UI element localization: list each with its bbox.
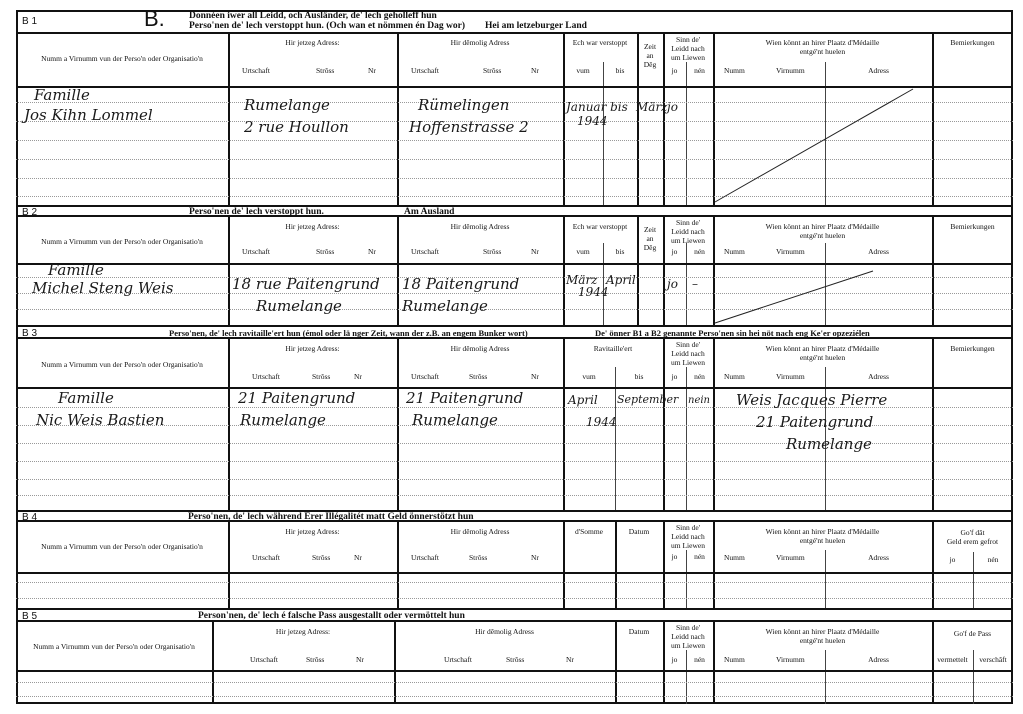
entry-current-address-line1: Rumelange xyxy=(244,96,330,114)
section-title-line1: Donnéen iwer all Leidd, och Ausländer, d… xyxy=(189,11,437,21)
entry-area: Famille Nic Weis Bastien 21 Paitengrund … xyxy=(16,389,1013,510)
nr-label: Nr xyxy=(354,372,362,381)
form-letter: B. xyxy=(144,6,165,32)
verschaft-label: verschâft xyxy=(973,655,1013,664)
nr-label: Nr xyxy=(531,247,539,256)
survived-label: um Liewen xyxy=(663,358,713,367)
somme-label: d'Somme xyxy=(563,527,615,536)
jo-label: jo xyxy=(663,552,686,561)
medal-label: entgé'nt huelen xyxy=(713,47,932,56)
nen-label: nén xyxy=(686,655,713,664)
nr-label: Nr xyxy=(531,553,539,562)
section-title-bar: B 2 Perso'nen de' lech verstoppt hun. Am… xyxy=(16,205,1013,217)
entry-former-address-line1: Rümelingen xyxy=(418,96,509,114)
current-address-label: Hir jetzeg Adress: xyxy=(212,627,394,636)
numm-label: Numm xyxy=(724,372,745,381)
section-b3: B 3 Perso'nen, de' lech ravitaille'ert h… xyxy=(16,325,1013,510)
adress-label: Adress xyxy=(825,655,932,664)
medal-label: Wien könnt an hirer Plaatz d'Médaille xyxy=(713,222,932,231)
bis-label: bis xyxy=(615,372,663,381)
section-title-right: De' önner B1 a B2 genannte Perso'nen sin… xyxy=(595,328,870,338)
entry-name-line1: Famille xyxy=(58,389,114,407)
adress-label: Adress xyxy=(825,66,932,75)
current-address-label: Hir jetzeg Adress: xyxy=(228,527,397,536)
stross-label: Strôss xyxy=(483,247,501,256)
stross-label: Strôss xyxy=(316,66,334,75)
column-header: Numm a Virnumm vun der Perso'n oder Orga… xyxy=(16,217,1013,265)
name-column-label: Numm a Virnumm vun der Perso'n oder Orga… xyxy=(16,360,228,369)
nr-label: Nr xyxy=(368,66,376,75)
entry-current-address-line2: Rumelange xyxy=(256,297,342,315)
bis-label: bis xyxy=(603,247,637,256)
entry-current-address-line2: Rumelange xyxy=(240,411,326,429)
cross-out-line xyxy=(713,265,932,325)
survived-label: um Liewen xyxy=(663,236,713,245)
datum-label: Datum xyxy=(615,527,663,536)
entry-former-address-line1: 18 Paitengrund xyxy=(402,275,519,293)
name-column-label: Numm a Virnumm vun der Perso'n oder Orga… xyxy=(16,642,212,651)
remarks-label: Bemierkungen xyxy=(932,38,1013,47)
section-b5: B 5 Person'nen, de' lech é falsche Pass … xyxy=(16,608,1013,704)
urtschaft-label: Urtschaft xyxy=(252,372,280,381)
medal-label: entgé'nt huelen xyxy=(713,536,932,545)
nr-label: Nr xyxy=(368,247,376,256)
current-address-label: Hir jetzeg Adress: xyxy=(228,38,397,47)
entry-rav-to: September xyxy=(617,393,678,406)
survived-label: Leidd nach xyxy=(663,532,713,541)
former-address-label: Hir dêmolig Adress xyxy=(397,527,563,536)
bis-label: bis xyxy=(603,66,637,75)
vermettelt-label: vermettelt xyxy=(932,655,973,664)
urtschaft-label: Urtschaft xyxy=(411,372,439,381)
survived-label: Sinn de' xyxy=(663,340,713,349)
hidden-label: Ech war verstoppt xyxy=(563,38,637,47)
stross-label: Strôss xyxy=(306,655,324,664)
entry-former-address-line2: Rumelange xyxy=(402,297,488,315)
entry-survived-no: nein xyxy=(688,395,710,406)
nen-label: nén xyxy=(973,555,1013,564)
entry-rav-from: April xyxy=(568,393,598,407)
deg-label: Dêg xyxy=(637,243,663,252)
name-column-label: Numm a Virnumm vun der Perso'n oder Orga… xyxy=(16,54,228,63)
stross-label: Strôss xyxy=(483,66,501,75)
section-title: Person'nen, de' lech é falsche Pass ausg… xyxy=(198,611,465,621)
vum-label: vum xyxy=(563,372,615,381)
section-b2: B 2 Perso'nen de' lech verstoppt hun. Am… xyxy=(16,205,1013,325)
urtschaft-label: Urtschaft xyxy=(250,655,278,664)
remarks-label: Bemierkungen xyxy=(932,344,1013,353)
current-address-label: Hir jetzeg Adress: xyxy=(228,222,397,231)
entry-area xyxy=(16,672,1013,704)
virnumm-label: Virnumm xyxy=(776,247,805,256)
adress-label: Adress xyxy=(825,372,932,381)
cross-out-line xyxy=(713,88,932,205)
section-code: B 5 xyxy=(22,611,37,622)
section-code: B 3 xyxy=(22,328,37,339)
entry-current-address-line2: 2 rue Houllon xyxy=(244,118,349,136)
survived-label: Leidd nach xyxy=(663,44,713,53)
current-address-label: Hir jetzeg Adress: xyxy=(228,344,397,353)
nr-label: Nr xyxy=(531,372,539,381)
stross-label: Strôss xyxy=(312,372,330,381)
section-title-line2: Perso'nen de' lech verstoppt hun. (Och w… xyxy=(189,21,465,31)
stross-label: Strôss xyxy=(312,553,330,562)
numm-label: Numm xyxy=(724,655,745,664)
survived-label: Leidd nach xyxy=(663,632,713,641)
jo-label: jo xyxy=(663,66,686,75)
medal-label: Wien könnt an hirer Plaatz d'Médaille xyxy=(713,527,932,536)
nen-label: nén xyxy=(686,552,713,561)
survived-label: um Liewen xyxy=(663,53,713,62)
nr-label: Nr xyxy=(354,553,362,562)
urtschaft-label: Urtschaft xyxy=(242,66,270,75)
medal-label: Wien könnt an hirer Plaatz d'Médaille xyxy=(713,38,932,47)
jo-label: jo xyxy=(932,555,973,564)
adress-label: Adress xyxy=(825,553,932,562)
entry-medal-line2: 21 Paitengrund xyxy=(756,413,873,431)
jo-label: jo xyxy=(663,372,686,381)
survived-label: um Liewen xyxy=(663,541,713,550)
ravitaillert-label: Ravitaille'ert xyxy=(563,344,663,353)
survived-label: Leidd nach xyxy=(663,349,713,358)
column-header: Numm a Virnumm vun der Perso'n oder Orga… xyxy=(16,522,1013,574)
hidden-label: Ech war verstoppt xyxy=(563,222,637,231)
former-address-label: Hir dêmolig Adress xyxy=(397,222,563,231)
adress-label: Adress xyxy=(825,247,932,256)
column-header: Numm a Virnumm vun der Perso'n oder Orga… xyxy=(16,622,1013,672)
former-address-label: Hir dêmolig Adress xyxy=(397,38,563,47)
medal-label: Wien könnt an hirer Plaatz d'Médaille xyxy=(713,344,932,353)
survived-label: Sinn de' xyxy=(663,35,713,44)
numm-label: Numm xyxy=(724,247,745,256)
virnumm-label: Virnumm xyxy=(776,655,805,664)
entry-hidden-year: 1944 xyxy=(577,114,608,128)
survived-label: Sinn de' xyxy=(663,623,713,632)
an-label: an xyxy=(637,51,663,60)
section-title-bar: B 1 B. Donnéen iwer all Leidd, och Auslä… xyxy=(16,10,1013,34)
entry-survived-no: – xyxy=(692,277,698,291)
numm-label: Numm xyxy=(724,66,745,75)
urtschaft-label: Urtschaft xyxy=(252,553,280,562)
survived-label: Leidd nach xyxy=(663,227,713,236)
entry-survived-yes: jo xyxy=(667,100,678,114)
entry-former-address-line2: Rumelange xyxy=(412,411,498,429)
section-title: Perso'nen, de' lech ravitaille'ert hun (… xyxy=(169,328,528,338)
entry-hidden-from: Januar bis xyxy=(566,100,628,114)
money-returned-label: Go'f dât xyxy=(932,528,1013,537)
column-header: Numm a Virnumm vun der Perso'n oder Orga… xyxy=(16,34,1013,88)
virnumm-label: Virnumm xyxy=(776,66,805,75)
section-title-right: Am Ausland xyxy=(404,207,454,217)
entry-name-line1: Famille xyxy=(34,86,90,104)
entry-area: Famille Michel Steng Weis 18 rue Paiteng… xyxy=(16,265,1013,325)
urtschaft-label: Urtschaft xyxy=(444,655,472,664)
section-title: Perso'nen de' lech verstoppt hun. xyxy=(189,207,324,217)
section-title-bar: B 3 Perso'nen, de' lech ravitaille'ert h… xyxy=(16,325,1013,339)
datum-label: Datum xyxy=(615,627,663,636)
nr-label: Nr xyxy=(566,655,574,664)
nen-label: nén xyxy=(686,372,713,381)
medal-label: Wien könnt an hirer Plaatz d'Médaille xyxy=(713,627,932,636)
entry-current-address-line1: 18 rue Paitengrund xyxy=(232,275,380,293)
entry-survived-yes: jo xyxy=(667,277,678,291)
urtschaft-label: Urtschaft xyxy=(242,247,270,256)
virnumm-label: Virnumm xyxy=(776,372,805,381)
former-address-label: Hir dêmolig Adress xyxy=(394,627,615,636)
section-title-bar: B 5 Person'nen, de' lech é falsche Pass … xyxy=(16,608,1013,622)
money-returned-label: Geld erem gefrot xyxy=(932,537,1013,546)
zeit-label: Zeit xyxy=(637,225,663,234)
jo-label: jo xyxy=(663,247,686,256)
jo-label: jo xyxy=(663,655,686,664)
section-title-bar: B 4 Perso'nen, de' lech während Erer Ill… xyxy=(16,510,1013,522)
stross-label: Strôss xyxy=(316,247,334,256)
section-code: B 1 xyxy=(22,16,37,27)
entry-medal-line3: Rumelange xyxy=(786,435,872,453)
virnumm-label: Virnumm xyxy=(776,553,805,562)
stross-label: Strôss xyxy=(469,372,487,381)
entry-medal-line1: Weis Jacques Pierre xyxy=(736,391,887,409)
entry-former-address-line2: Hoffenstrasse 2 xyxy=(409,118,529,136)
entry-name-line2: Michel Steng Weis xyxy=(32,279,173,297)
urtschaft-label: Urtschaft xyxy=(411,553,439,562)
medal-label: entgé'nt huelen xyxy=(713,636,932,645)
survived-label: Sinn de' xyxy=(663,523,713,532)
numm-label: Numm xyxy=(724,553,745,562)
stross-label: Strôss xyxy=(469,553,487,562)
entry-hidden-to: April xyxy=(606,273,636,287)
section-title-right: Hei am letzeburger Land xyxy=(485,21,587,31)
deg-label: Dêg xyxy=(637,60,663,69)
entry-hidden-to: März xyxy=(636,100,668,114)
entry-area xyxy=(16,574,1013,608)
medal-label: entgé'nt huelen xyxy=(713,231,932,240)
medal-label: entgé'nt huelen xyxy=(713,353,932,362)
nr-label: Nr xyxy=(531,66,539,75)
entry-name-line1: Famille xyxy=(48,261,104,279)
entry-area: Famille Jos Kihn Lommel Rumelange 2 rue … xyxy=(16,88,1013,205)
former-address-label: Hir dêmolig Adress xyxy=(397,344,563,353)
entry-name-line2: Nic Weis Bastien xyxy=(36,411,164,429)
pass-given-label: Go'f de Pass xyxy=(932,629,1013,638)
vum-label: vum xyxy=(563,247,603,256)
survived-label: um Liewen xyxy=(663,641,713,650)
column-header: Numm a Virnumm vun der Perso'n oder Orga… xyxy=(16,339,1013,389)
nr-label: Nr xyxy=(356,655,364,664)
name-column-label: Numm a Virnumm vun der Perso'n oder Orga… xyxy=(16,237,228,246)
section-title: Perso'nen, de' lech während Erer Illégal… xyxy=(188,512,474,522)
urtschaft-label: Urtschaft xyxy=(411,247,439,256)
remarks-label: Bemierkungen xyxy=(932,222,1013,231)
zeit-label: Zeit xyxy=(637,42,663,51)
entry-current-address-line1: 21 Paitengrund xyxy=(238,389,355,407)
nen-label: nén xyxy=(686,247,713,256)
entry-former-address-line1: 21 Paitengrund xyxy=(406,389,523,407)
vum-label: vum xyxy=(563,66,603,75)
entry-name-line2: Jos Kihn Lommel xyxy=(24,106,153,124)
entry-rav-year: 1944 xyxy=(586,415,617,429)
name-column-label: Numm a Virnumm vun der Perso'n oder Orga… xyxy=(16,542,228,551)
an-label: an xyxy=(637,234,663,243)
entry-hidden-year: 1944 xyxy=(578,285,609,299)
section-b4: B 4 Perso'nen, de' lech während Erer Ill… xyxy=(16,510,1013,608)
survived-label: Sinn de' xyxy=(663,218,713,227)
stross-label: Strôss xyxy=(506,655,524,664)
section-b1: B 1 B. Donnéen iwer all Leidd, och Auslä… xyxy=(16,10,1013,205)
nen-label: nén xyxy=(686,66,713,75)
urtschaft-label: Urtschaft xyxy=(411,66,439,75)
